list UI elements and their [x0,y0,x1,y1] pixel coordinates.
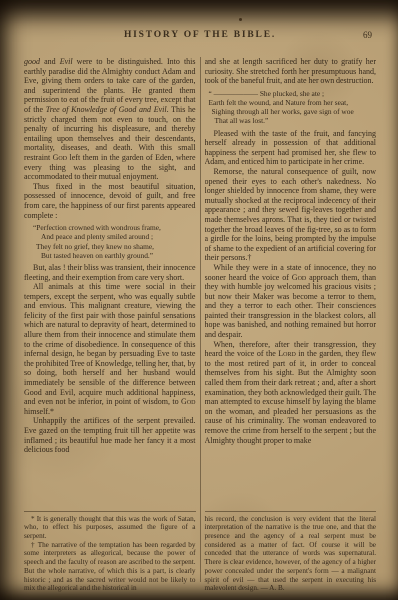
footnote: his record, the conclusion is very evide… [205,515,377,593]
page-title: HISTORY OF THE BIBLE. [24,30,376,40]
verse-line: Earth felt the wound, and Nature from he… [209,98,377,107]
book-page: HISTORY OF THE BIBLE. 69 good and Evil w… [0,0,398,600]
paragraph: and she at length sacrificed her duty to… [205,57,377,86]
footnote-block: * It is generally thought that this was … [24,511,196,593]
page-header: HISTORY OF THE BIBLE. 69 [24,30,376,48]
verse-block: “ —————— She plucked, she ate ; Earth fe… [209,89,377,126]
verse-line: And peace and plenty smiled around ; [28,232,196,241]
verse-line: “Perfection crowned with wondrous frame, [28,223,196,232]
paragraph: While they were in a state of innocence,… [205,263,377,340]
text-columns: good and Evil were to be distinguished. … [24,57,376,593]
page-number: 69 [363,30,372,40]
paragraph: When, therefore, after their transgressi… [205,340,377,446]
book-photo: HISTORY OF THE BIBLE. 69 good and Evil w… [0,0,398,600]
left-column-text: good and Evil were to be distinguished. … [24,57,196,507]
paragraph: good and Evil were to be distinguished. … [24,57,196,182]
paragraph: But, alas ! their bliss was transient, t… [24,263,196,282]
paragraph: Remorse, the natural consequence of guil… [205,167,377,263]
right-column: and she at length sacrificed her duty to… [205,57,377,593]
footnote: † The narrative of the temptation has be… [24,541,196,593]
verse-block: “Perfection crowned with wondrous frame,… [28,223,196,260]
verse-line: That all was lost.” [209,116,377,125]
paragraph: Pleased with the taste of the fruit, and… [205,129,377,167]
footnote: * It is generally thought that this was … [24,515,196,541]
verse-line: “ —————— She plucked, she ate ; [209,89,377,98]
left-column: good and Evil were to be distinguished. … [24,57,196,593]
verse-line: They felt no grief, they knew no shame, [28,242,196,251]
page-content: HISTORY OF THE BIBLE. 69 good and Evil w… [24,30,376,593]
right-column-text: and she at length sacrificed her duty to… [205,57,377,507]
verse-line: But tasted heaven on earthly ground.” [28,251,196,260]
ink-speck [239,18,242,21]
paragraph: All animals at this time were social in … [24,282,196,416]
column-divider [200,57,201,582]
verse-line: Sighing through all her works, gave sign… [209,107,377,116]
paragraph: Unhappily the artifices of the serpent p… [24,416,196,454]
footnote-block: his record, the conclusion is very evide… [205,511,377,593]
paragraph: Thus fixed in the most beautiful situati… [24,182,196,220]
